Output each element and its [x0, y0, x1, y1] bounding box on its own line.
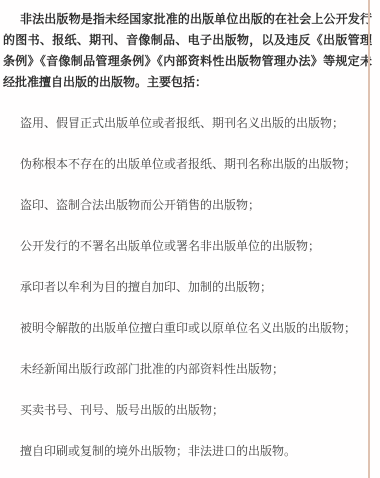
list-item: 伪称根本不存在的出版单位或者报纸、期刊名称出版的出版物； — [3, 154, 372, 175]
intro-paragraph: 非法出版物是指未经国家批准的出版单位出版的在社会上公开发行的图书、报纸、期刊、音… — [3, 9, 372, 93]
right-edge-divider — [368, 0, 370, 478]
list-item: 买卖书号、刊号、版号出版的出版物； — [3, 400, 372, 421]
article-page: 非法出版物是指未经国家批准的出版单位出版的在社会上公开发行的图书、报纸、期刊、音… — [0, 0, 380, 478]
list-item: 未经新闻出版行政部门批准的内部资料性出版物； — [3, 359, 372, 380]
list-item: 擅自印刷或复制的境外出版物；非法进口的出版物。 — [3, 441, 372, 462]
list-item: 公开发行的不署名出版单位或署名非出版单位的出版物； — [3, 236, 372, 257]
list-item: 盗印、盗制合法出版物而公开销售的出版物； — [3, 195, 372, 216]
list-item: 承印者以牟利为目的擅自加印、加制的出版物； — [3, 277, 372, 298]
list-item: 被明令解散的出版单位擅白重印或以原单位名义出版的出版物； — [3, 318, 372, 339]
list-item: 盗用、假冒正式出版单位或者报纸、期刊名义出版的出版物； — [3, 113, 372, 134]
